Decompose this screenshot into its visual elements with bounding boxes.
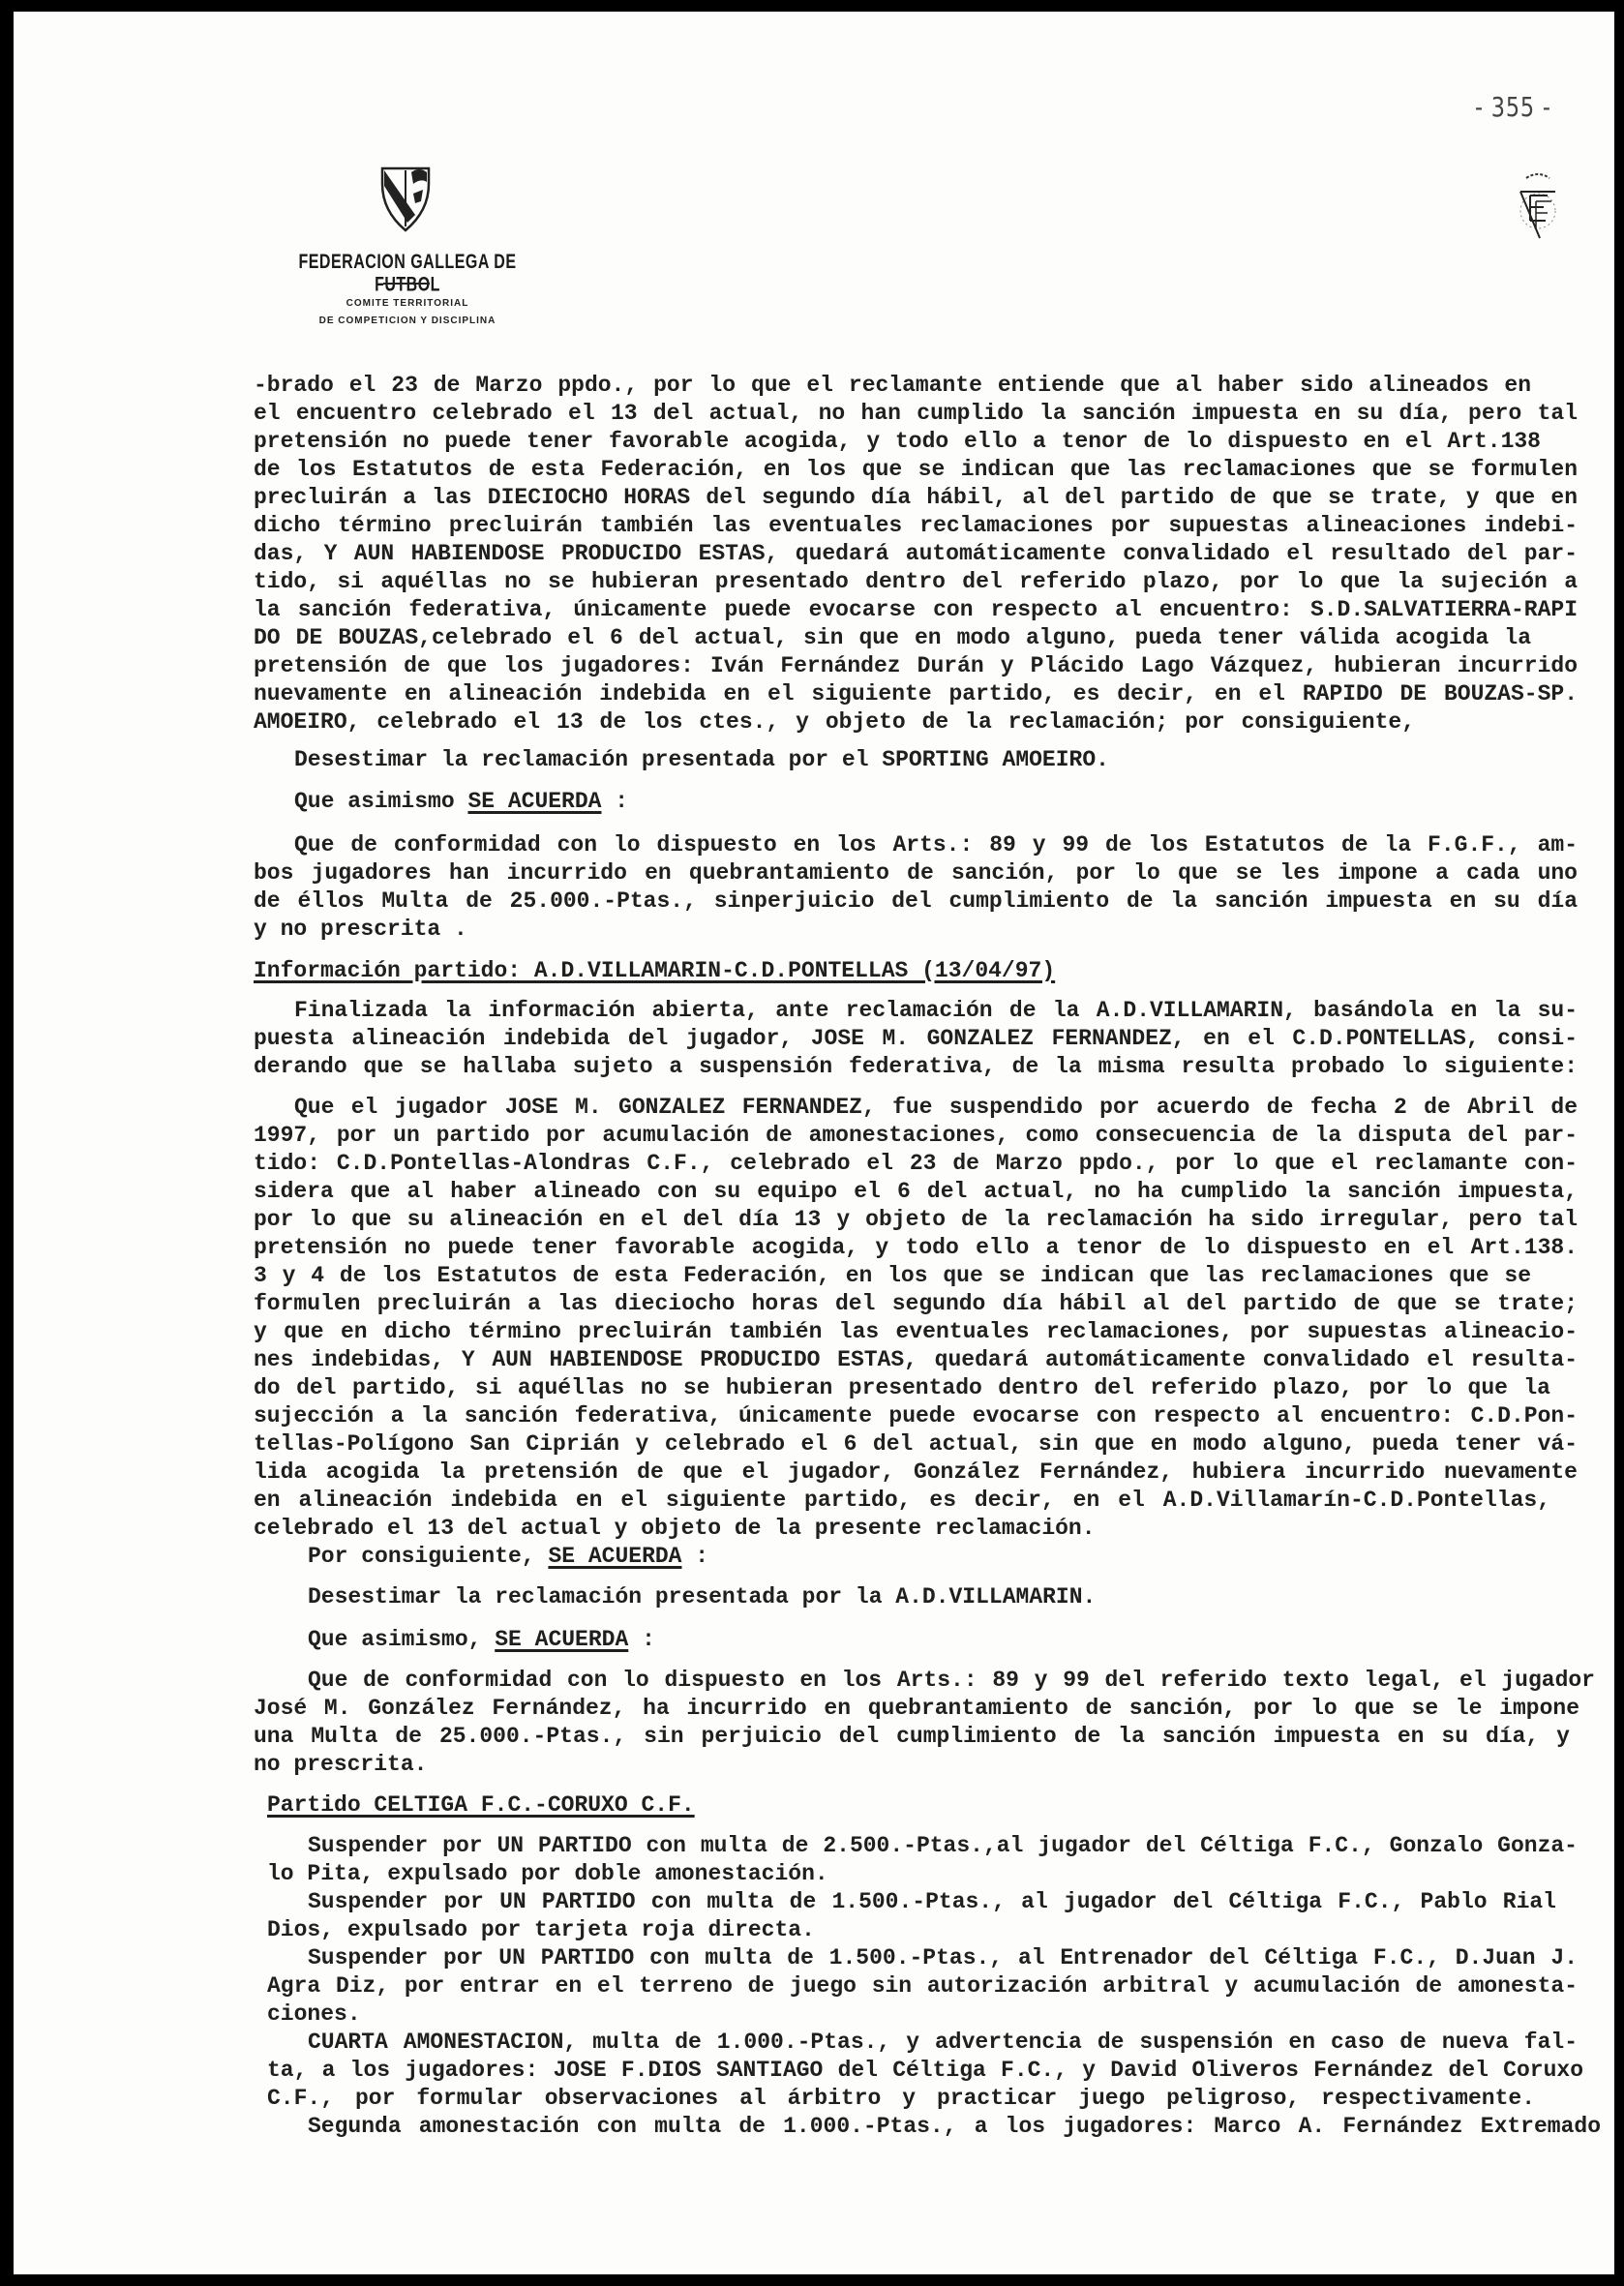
text-line: tido: C.D.Pontellas-Alondras C.F., celeb… <box>254 1150 1578 1177</box>
header-divider <box>383 283 430 285</box>
text-line: sujección a la sanción federativa, única… <box>254 1402 1578 1429</box>
text-line: Suspender por UN PARTIDO con multa de 1.… <box>308 1888 1556 1915</box>
text-line: AMOEIRO, celebrado el 13 de los ctes., y… <box>254 708 1415 736</box>
text-line: y que en dicho término precluirán tambié… <box>254 1318 1578 1345</box>
text-line: formulen precluirán a las dieciocho hora… <box>254 1290 1578 1317</box>
text-line: nuevamente en alineación indebida en el … <box>254 680 1578 707</box>
committee-name-line-2: DE COMPETICION Y DISCIPLINA <box>267 316 548 326</box>
text-line: DO DE BOUZAS,celebrado el 6 del actual, … <box>254 624 1531 651</box>
text-line: Que asimismo, SE ACUERDA : <box>308 1626 655 1653</box>
text-line: Agra Diz, por entrar en el terreno de ju… <box>267 1972 1578 2000</box>
underlined-heading: SE ACUERDA <box>495 1627 628 1652</box>
underlined-heading: Partido CELTIGA F.C.-CORUXO C.F. <box>267 1792 695 1818</box>
text-line: das, Y AUN HABIENDOSE PRODUCIDO ESTAS, q… <box>254 540 1578 567</box>
document-page: FEDERACION GALLEGA DE FUTBOL COMITE TERR… <box>14 12 1614 2274</box>
text-line: derando que se hallaba sujeto a suspensi… <box>254 1053 1578 1080</box>
text-line: 1997, por un partido por acumulación de … <box>254 1122 1578 1149</box>
text-line: pretensión no puede tener favorable acog… <box>254 1234 1578 1261</box>
text-line: una Multa de 25.000.-Ptas., sin perjuici… <box>254 1723 1570 1750</box>
underlined-heading: SE ACUERDA <box>548 1544 681 1569</box>
text-line: Desestimar la reclamación presentada por… <box>308 1583 1096 1610</box>
text-line: Información partido: A.D.VILLAMARIN-C.D.… <box>254 957 1055 984</box>
text-line: no prescrita. <box>254 1751 427 1778</box>
text-line: sidera que al haber alineado con su equi… <box>254 1178 1578 1205</box>
text-line: José M. González Fernández, ha incurrido… <box>254 1695 1579 1722</box>
text-line: Que de conformidad con lo dispuesto en l… <box>308 1667 1595 1694</box>
text-line: el encuentro celebrado el 13 del actual,… <box>254 400 1578 427</box>
text-line: ciones. <box>267 2000 361 2028</box>
text-line: en alineación indebida en el siguiente p… <box>254 1487 1550 1514</box>
text-line: puesta alineación indebida del jugador, … <box>254 1025 1578 1052</box>
text-line: Partido CELTIGA F.C.-CORUXO C.F. <box>267 1791 695 1819</box>
text-line: Que de conformidad con lo dispuesto en l… <box>294 831 1578 858</box>
text-line: bos jugadores han incurrido en quebranta… <box>254 859 1578 887</box>
text-line: pretensión no puede tener favorable acog… <box>254 428 1541 455</box>
text-line: Dios, expulsado por tarjeta roja directa… <box>267 1916 815 1943</box>
text-line: 3 y 4 de los Estatutos de esta Federació… <box>254 1262 1531 1289</box>
text-line: -brado el 23 de Marzo ppdo., por lo que … <box>254 372 1531 399</box>
text-line: pretensión de que los jugadores: Iván Fe… <box>254 652 1578 679</box>
federation-name: FEDERACION GALLEGA DE FUTBOL <box>267 252 548 297</box>
text-line: Suspender por UN PARTIDO con multa de 2.… <box>308 1832 1578 1859</box>
text-line: lida acogida la pretensión de que el jug… <box>254 1459 1578 1486</box>
text-line: y no prescrita . <box>254 916 467 943</box>
text-line: la sanción federativa, únicamente puede … <box>254 596 1578 623</box>
text-line: celebrado el 13 del actual y objeto de l… <box>254 1515 1096 1542</box>
text-line: do del partido, si aquéllas no se hubier… <box>254 1374 1550 1401</box>
text-line: ta, a los jugadores: JOSE F.DIOS SANTIAG… <box>267 2057 1583 2084</box>
text-line: tido, si aquéllas no se hubieran present… <box>254 568 1578 595</box>
text-line: dicho término precluirán también las eve… <box>254 512 1578 539</box>
text-line: C.F., por formular observaciones al árbi… <box>267 2085 1535 2112</box>
text-line: Suspender por UN PARTIDO con multa de 1.… <box>308 1944 1578 1971</box>
text-line: precluirán a las DIECIOCHO HORAS del seg… <box>254 484 1578 511</box>
text-line: nes indebidas, Y AUN HABIENDOSE PRODUCID… <box>254 1346 1578 1373</box>
text-line: por lo que su alineación en el del día 1… <box>254 1206 1578 1233</box>
text-line: tellas-Polígono San Ciprián y celebrado … <box>254 1430 1578 1458</box>
text-line: de éllos Multa de 25.000.-Ptas., sinperj… <box>254 887 1578 915</box>
text-line: Finalizada la información abierta, ante … <box>294 997 1578 1024</box>
underlined-heading: SE ACUERDA <box>467 789 601 814</box>
text-line: CUARTA AMONESTACION, multa de 1.000.-Pta… <box>308 2029 1578 2056</box>
rfef-emblem-icon <box>1517 166 1559 244</box>
text-line: Desestimar la reclamación presentada por… <box>294 746 1136 773</box>
galician-federation-shield-icon <box>376 165 435 232</box>
text-line: de los Estatutos de esta Federación, en … <box>254 456 1578 483</box>
text-line: Por consiguiente, SE ACUERDA : <box>308 1543 708 1570</box>
text-line: Segunda amonestación con multa de 1.000.… <box>308 2113 1601 2140</box>
committee-name-line-1: COMITE TERRITORIAL <box>267 298 548 309</box>
page-number: - 355 - <box>1475 91 1551 123</box>
text-line: Que el jugador JOSE M. GONZALEZ FERNANDE… <box>294 1094 1578 1121</box>
underlined-heading: Información partido: A.D.VILLAMARIN-C.D.… <box>254 958 1055 983</box>
text-line: Que asimismo SE ACUERDA : <box>294 788 628 815</box>
text-line: lo Pita, expulsado por doble amonestació… <box>267 1860 828 1887</box>
